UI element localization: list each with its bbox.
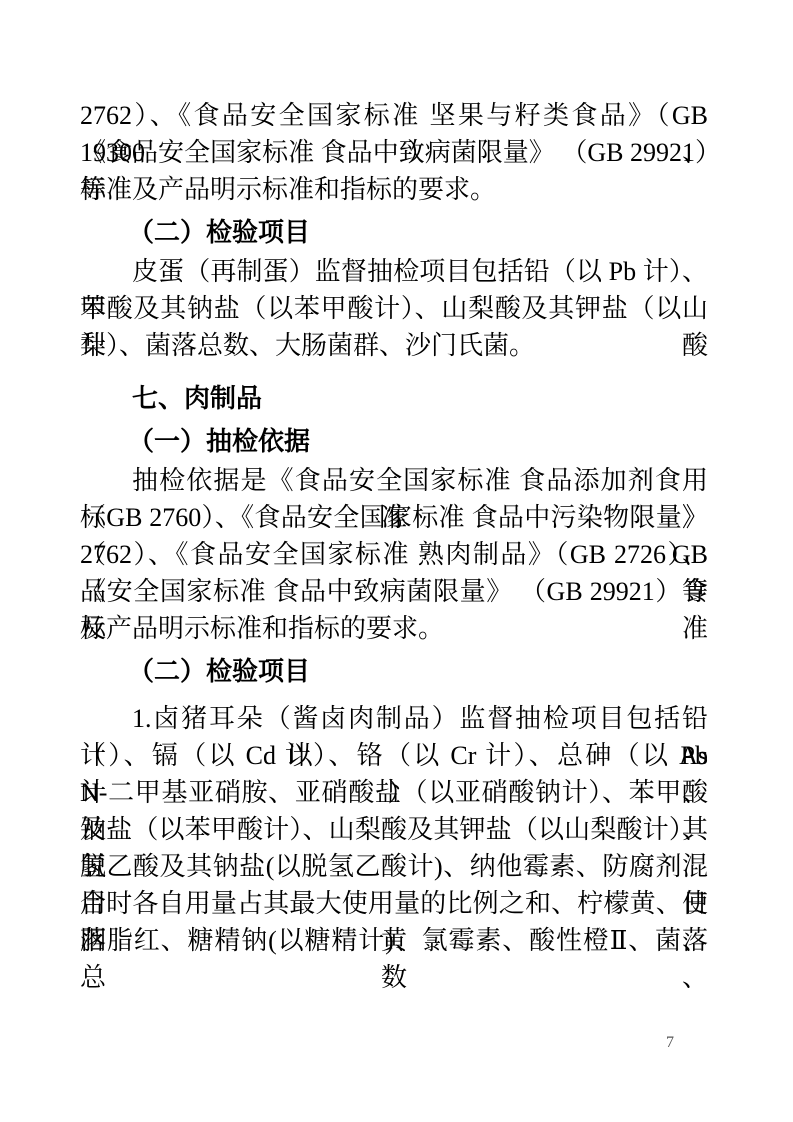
document-page: 2762）、《食品安全国家标准 坚果与籽类食品》（GB 19300）、《食品安全… xyxy=(0,0,793,1122)
text-line: 用时各自用量占其最大使用量的比例之和、柠檬黄、日落黄、 xyxy=(80,885,708,922)
text-line: N-二甲基亚硝胺、亚硝酸盐（以亚硝酸钠计）、苯甲酸及其 xyxy=(80,774,708,811)
section-heading: （二）检验项目 xyxy=(80,214,708,251)
paragraph: 抽检依据是《食品安全国家标准 食品添加剂食用标准》（GB 2760）、《食品安全… xyxy=(80,462,708,647)
text-line: 1.卤猪耳朵（酱卤肉制品）监督抽检项目包括铅（以 Pb xyxy=(80,700,708,737)
document-content: 2762）、《食品安全国家标准 坚果与籽类食品》（GB 19300）、《食品安全… xyxy=(80,97,708,959)
text-line: 胭脂红、糖精钠(以糖精计)、氯霉素、酸性橙Ⅱ、菌落总数、 xyxy=(80,922,708,959)
text-line: 皮蛋（再制蛋）监督抽检项目包括铅（以 Pb 计）、苯 xyxy=(80,253,708,290)
text-line: 2762）、《食品安全国家标准 熟肉制品》（GB 2726）、《食 xyxy=(80,536,708,573)
text-line: 氢乙酸及其钠盐(以脱氢乙酸计)、纳他霉素、防腐剂混合使 xyxy=(80,848,708,885)
text-line: 标准及产品明示标准和指标的要求。 xyxy=(80,171,708,208)
page-number: 7 xyxy=(640,1033,700,1053)
text-line: 钠盐（以苯甲酸计）、山梨酸及其钾盐（以山梨酸计）、脱 xyxy=(80,811,708,848)
paragraph: 2762）、《食品安全国家标准 坚果与籽类食品》（GB 19300）、《食品安全… xyxy=(80,97,708,208)
text-line: 《食品安全国家标准 食品中致病菌限量》 （GB 29921）等 xyxy=(80,134,708,171)
text-line: 抽检依据是《食品安全国家标准 食品添加剂食用标准》 xyxy=(80,462,708,499)
paragraph: 1.卤猪耳朵（酱卤肉制品）监督抽检项目包括铅（以 Pb计）、镉（以 Cd 计）、… xyxy=(80,700,708,959)
text-line: 计）、镉（以 Cd 计）、铬（以 Cr 计）、总砷（以 As 计）、 xyxy=(80,737,708,774)
text-line: 品安全国家标准 食品中致病菌限量》 （GB 29921）等标准 xyxy=(80,573,708,610)
text-line: 2762）、《食品安全国家标准 坚果与籽类食品》（GB 19300）、 xyxy=(80,97,708,134)
text-line: （GB 2760）、《食品安全国家标准 食品中污染物限量》（GB xyxy=(80,499,708,536)
section-heading: （一）抽检依据 xyxy=(80,423,708,460)
paragraph: 皮蛋（再制蛋）监督抽检项目包括铅（以 Pb 计）、苯甲酸及其钠盐（以苯甲酸计）、… xyxy=(80,253,708,364)
section-heading: （二）检验项目 xyxy=(80,653,708,690)
text-line: 甲酸及其钠盐（以苯甲酸计）、山梨酸及其钾盐（以山梨酸 xyxy=(80,290,708,327)
chapter-heading: 七、肉制品 xyxy=(80,380,708,417)
